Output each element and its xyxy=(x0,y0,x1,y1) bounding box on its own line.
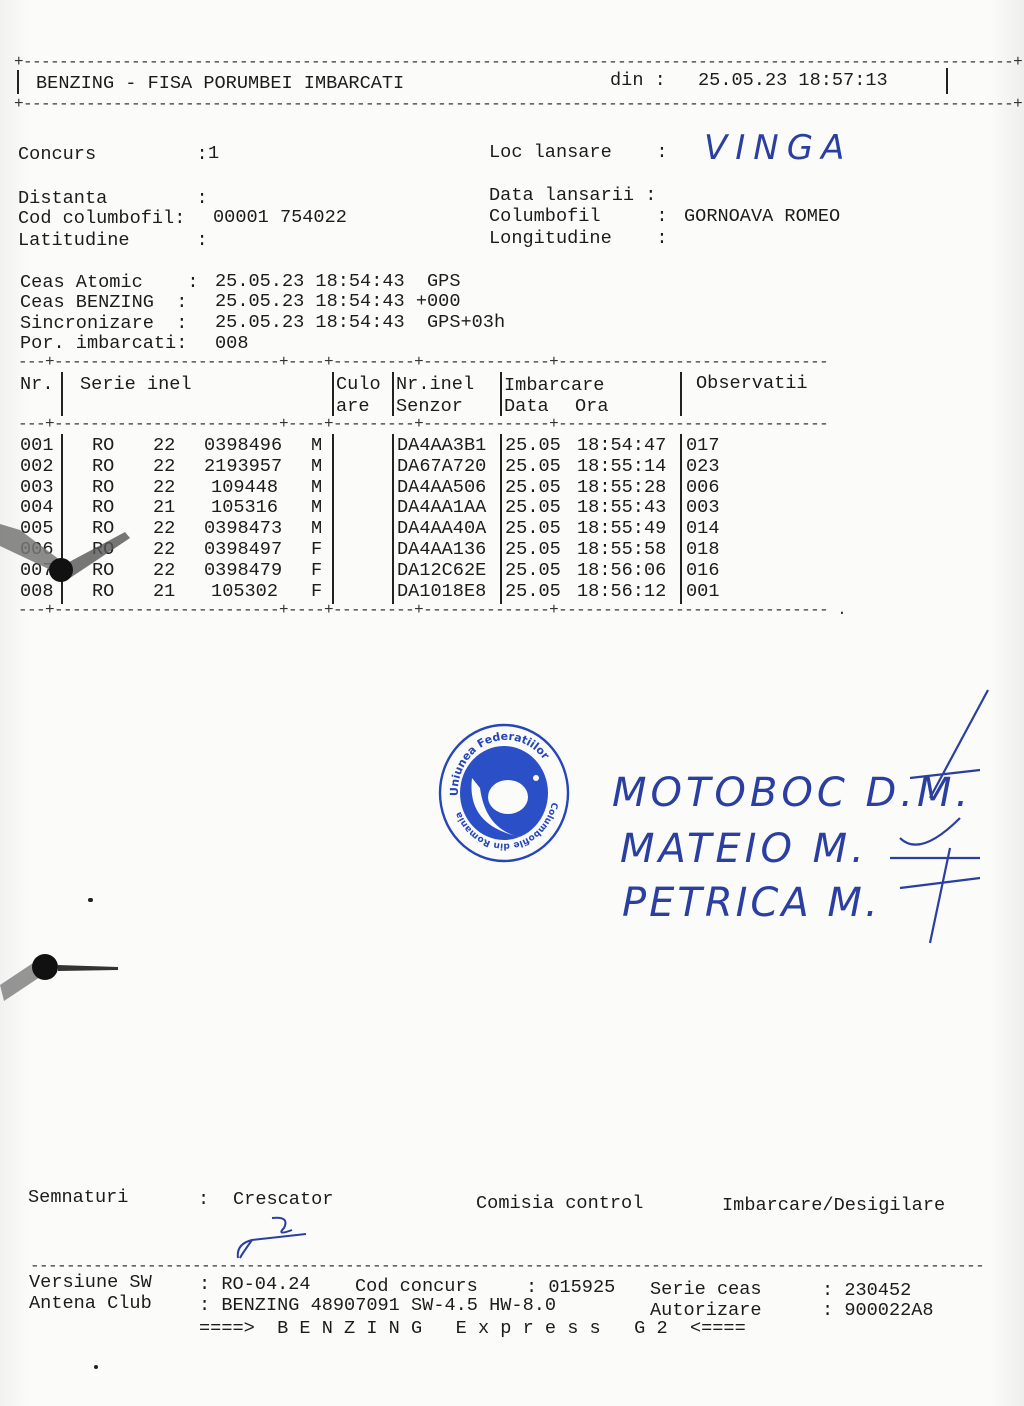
serie-ceas-label: Serie ceas xyxy=(650,1279,762,1300)
benzing-express-banner: ====> B E N Z I N G E x p r e s s G 2 <=… xyxy=(199,1318,746,1339)
signature-scribble-icon xyxy=(840,688,990,948)
cell-sex: M xyxy=(311,497,322,518)
cell-an: 21 xyxy=(153,581,175,602)
crescator-label: Crescator xyxy=(233,1189,333,1210)
longitudine-label: Longitudine : xyxy=(489,228,668,249)
cell-serie: 0398479 xyxy=(204,560,278,581)
cell-an: 22 xyxy=(153,435,175,456)
cell-nr: 002 xyxy=(20,456,53,477)
header-observatii: Observatii xyxy=(696,373,808,394)
header-bottom-border: +---------------------------------------… xyxy=(14,96,1022,112)
latitudine-label: Latitudine : xyxy=(18,230,208,251)
cell-serie: 2193957 xyxy=(204,456,278,477)
cell-ora: 18:54:47 xyxy=(577,435,666,456)
cell-an: 21 xyxy=(153,497,175,518)
cell-senzor: DA12C62E xyxy=(397,560,486,581)
header-date-label: din : xyxy=(610,70,666,91)
cell-ora: 18:55:28 xyxy=(577,477,666,498)
cell-ora: 18:55:49 xyxy=(577,518,666,539)
loc-lansare-handwritten: VINGA xyxy=(704,128,852,168)
cell-tara: RO xyxy=(92,456,114,477)
cell-serie: 109448 xyxy=(204,477,278,498)
cell-nr: 001 xyxy=(20,435,53,456)
imbarcare-desigilare-label: Imbarcare/Desigilare xyxy=(722,1195,945,1216)
header-imbarcare-data: Data xyxy=(504,396,549,417)
serie-ceas-value: : 230452 xyxy=(822,1280,911,1301)
header-right-border xyxy=(946,68,948,94)
footer-divider: ----------------------------------------… xyxy=(30,1258,984,1274)
cell-data: 25.05 xyxy=(505,497,561,518)
header-title: BENZING - FISA PORUMBEI IMBARCATI xyxy=(36,73,404,94)
col-sep-senzor-body xyxy=(500,434,502,604)
header-culoare-2: are xyxy=(336,396,369,417)
cell-data: 25.05 xyxy=(505,477,561,498)
distanta-label: Distanta : xyxy=(18,188,208,209)
cell-ora: 18:55:43 xyxy=(577,497,666,518)
club-stamp-icon: Uniunea Federatiilor Columbofile din Rom… xyxy=(436,718,572,864)
cell-obs: 023 xyxy=(686,456,719,477)
cell-senzor: DA4AA3B1 xyxy=(397,435,486,456)
sincronizare-value: 25.05.23 18:54:43 GPS+03h xyxy=(215,312,505,333)
header-senzor-1: Nr.inel xyxy=(396,374,474,395)
crescator-signature-icon xyxy=(232,1214,322,1262)
versiune-sw-label: Versiune SW xyxy=(29,1272,152,1293)
ink-speck xyxy=(88,898,93,902)
cod-columbofil-value: 00001 754022 xyxy=(213,207,347,228)
cell-data: 25.05 xyxy=(505,560,561,581)
table-header-border: ---+-------------------------+----+-----… xyxy=(18,416,828,432)
cell-obs: 014 xyxy=(686,518,719,539)
cell-obs: 003 xyxy=(686,497,719,518)
cell-serie: 105302 xyxy=(204,581,278,602)
cell-sex: F xyxy=(311,560,322,581)
cell-data: 25.05 xyxy=(505,518,561,539)
header-nr: Nr. xyxy=(20,374,53,395)
cell-an: 22 xyxy=(153,539,175,560)
cell-sex: F xyxy=(311,581,322,602)
header-culoare-1: Culo xyxy=(336,374,381,395)
cell-serie: 105316 xyxy=(204,497,278,518)
cell-sex: M xyxy=(311,456,322,477)
col-sep-senzor xyxy=(500,372,502,416)
cell-serie: 0398497 xyxy=(204,539,278,560)
col-sep-culoare xyxy=(392,372,394,416)
cell-an: 22 xyxy=(153,518,175,539)
cod-columbofil-label: Cod columbofil: xyxy=(18,208,185,229)
cell-obs: 001 xyxy=(686,581,719,602)
cell-senzor: DA4AA506 xyxy=(397,477,486,498)
cell-an: 22 xyxy=(153,477,175,498)
cod-concurs-label: Cod concurs xyxy=(355,1276,478,1297)
col-sep-culoare-body xyxy=(392,434,394,604)
cell-obs: 018 xyxy=(686,539,719,560)
cell-serie: 0398473 xyxy=(204,518,278,539)
cell-obs: 006 xyxy=(686,477,719,498)
cell-nr: 003 xyxy=(20,477,53,498)
binder-clip-icon xyxy=(0,510,140,590)
concurs-value: 1 xyxy=(208,143,219,164)
por-imbarcati-value: 008 xyxy=(215,333,248,354)
ceas-atomic-value: 25.05.23 18:54:43 GPS xyxy=(215,271,460,292)
cell-data: 25.05 xyxy=(505,539,561,560)
cell-an: 22 xyxy=(153,456,175,477)
ceas-benzing-label: Ceas BENZING : xyxy=(20,292,187,313)
cell-senzor: DA4AA136 xyxy=(397,539,486,560)
col-sep-imbarcare-body xyxy=(680,434,682,604)
loc-lansare-label: Loc lansare : xyxy=(489,142,668,163)
cell-sex: M xyxy=(311,477,322,498)
cell-data: 25.05 xyxy=(505,435,561,456)
header-serie-inel: Serie inel xyxy=(80,374,192,395)
columbofil-label: Columbofil : xyxy=(489,206,668,227)
cell-obs: 017 xyxy=(686,435,719,456)
antena-club-label: Antena Club xyxy=(29,1293,152,1314)
semnaturi-label: Semnaturi xyxy=(28,1187,128,1208)
autorizare-value: : 900022A8 xyxy=(822,1300,934,1321)
versiune-sw-value: : RO-04.24 xyxy=(199,1274,311,1295)
ceas-atomic-label: Ceas Atomic : xyxy=(20,272,199,293)
cell-ora: 18:55:14 xyxy=(577,456,666,477)
cell-senzor: DA4AA1AA xyxy=(397,497,486,518)
col-sep-serie xyxy=(332,372,334,416)
cell-serie: 0398496 xyxy=(204,435,278,456)
ink-speck xyxy=(94,1365,98,1369)
cell-data: 25.05 xyxy=(505,456,561,477)
col-sep-serie-body xyxy=(332,434,334,604)
header-imbarcare-ora: Ora xyxy=(575,396,608,417)
header-imbarcare: Imbarcare xyxy=(504,375,604,396)
binder-clip-icon xyxy=(0,945,130,1015)
cell-ora: 18:56:12 xyxy=(577,581,666,602)
cell-senzor: DA1018E8 xyxy=(397,581,486,602)
header-left-border xyxy=(17,70,19,94)
data-lansarii-label: Data lansarii : xyxy=(489,185,656,206)
cell-tara: RO xyxy=(92,435,114,456)
cell-an: 22 xyxy=(153,560,175,581)
table-bottom-border: ---+-------------------------+----+-----… xyxy=(18,602,846,618)
col-sep-imbarcare xyxy=(680,372,682,416)
sincronizare-label: Sincronizare : xyxy=(20,313,187,334)
cell-senzor: DA4AA40A xyxy=(397,518,486,539)
cell-tara: RO xyxy=(92,477,114,498)
header-senzor-2: Senzor xyxy=(396,396,463,417)
cell-data: 25.05 xyxy=(505,581,561,602)
por-imbarcati-label: Por. imbarcati: xyxy=(20,333,187,354)
cell-sex: M xyxy=(311,435,322,456)
columbofil-value: GORNOAVA ROMEO xyxy=(684,206,840,227)
semnaturi-colon: : xyxy=(198,1189,209,1210)
signature-line-2: MATEIO M. xyxy=(620,826,868,872)
ceas-benzing-value: 25.05.23 18:54:43 +000 xyxy=(215,291,460,312)
table-top-border: ---+-------------------------+----+-----… xyxy=(18,354,828,370)
concurs-label: Concurs : xyxy=(18,144,208,165)
cell-obs: 016 xyxy=(686,560,719,581)
cell-ora: 18:56:06 xyxy=(577,560,666,581)
comisia-control-label: Comisia control xyxy=(476,1193,643,1214)
cell-sex: M xyxy=(311,518,322,539)
cell-sex: F xyxy=(311,539,322,560)
cell-senzor: DA67A720 xyxy=(397,456,486,477)
cell-ora: 18:55:58 xyxy=(577,539,666,560)
antena-club-value: : BENZING 48907091 SW-4.5 HW-8.0 xyxy=(199,1295,556,1316)
header-top-border: +---------------------------------------… xyxy=(14,54,1022,70)
col-sep-nr xyxy=(61,372,63,416)
header-date-value: 25.05.23 18:57:13 xyxy=(698,70,888,91)
